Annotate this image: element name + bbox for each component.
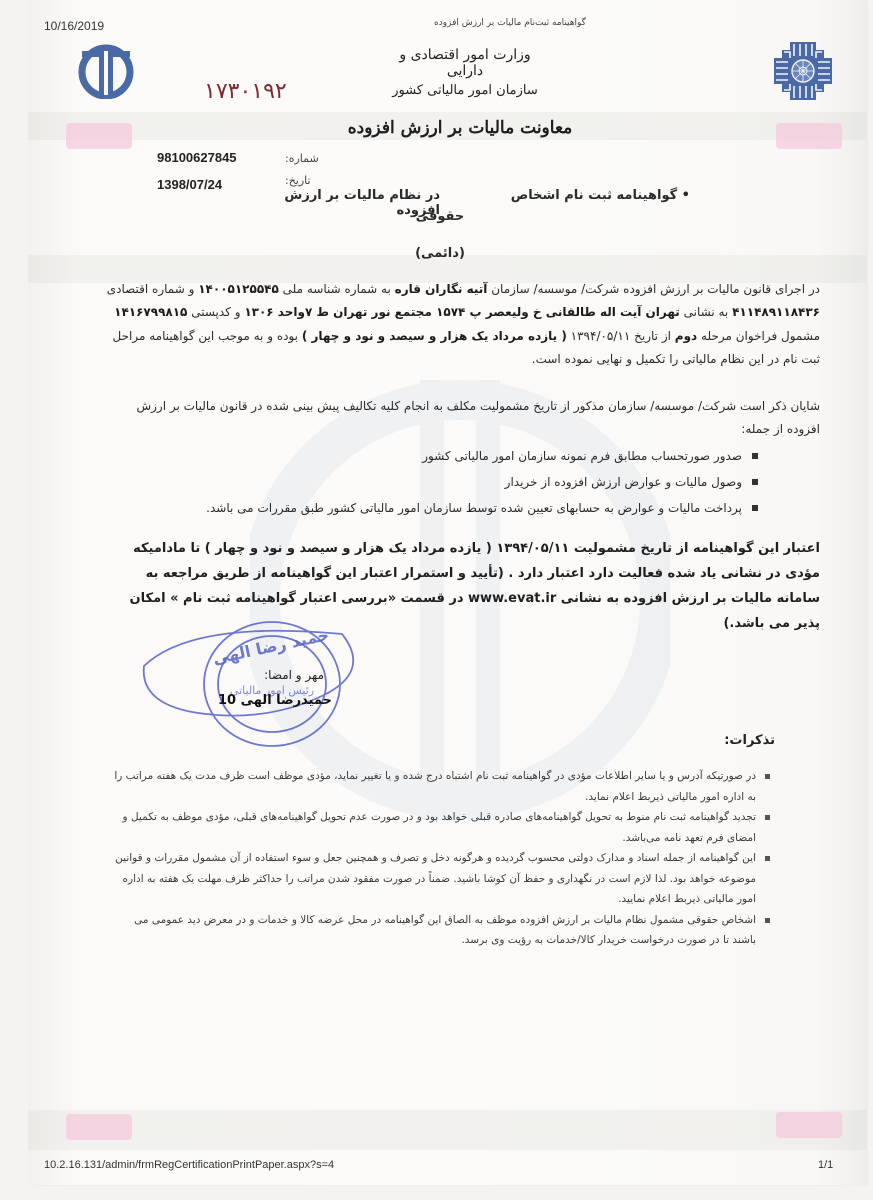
economic-code: ۴۱۱۴۸۹۱۱۸۴۳۶ xyxy=(732,305,820,319)
list-item: صدور صورتحساب مطابق فرم نمونه سازمان امو… xyxy=(140,443,760,469)
from-date-label: از تاریخ xyxy=(634,329,671,343)
notes-list: در صورتیکه آدرس و یا سایر اطلاعات مؤدی د… xyxy=(112,766,772,951)
list-item: وصول مالیات و عوارض ارزش افزوده از خریدا… xyxy=(140,469,760,495)
economic-code-label: و شماره اقتصادی xyxy=(107,282,195,296)
scan-band xyxy=(28,1110,866,1150)
serial-number: ۱۷۳۰۱۹۲ xyxy=(204,79,287,104)
list-item: این گواهینامه از جمله اسناد و مدارک دولت… xyxy=(112,848,772,910)
official-stamp-icon: حمید رضا الهی رئیس امور مالیاتی xyxy=(132,612,362,752)
intro-text: در اجرای قانون مالیات بر ارزش افزوده شرک… xyxy=(491,282,820,296)
ministry-emblem-icon xyxy=(772,40,834,102)
national-id: ۱۴۰۰۵۱۲۵۵۴۵ xyxy=(198,282,279,296)
pink-security-tag xyxy=(776,1112,842,1138)
permanence: (دائمی) xyxy=(380,246,500,261)
notes-title: تذکرات: xyxy=(680,733,775,748)
deputy-title: معاونت مالیات بر ارزش افزوده xyxy=(335,118,585,138)
address: تهران آیت اله طالقانی خ ولیعصر پ ۱۵۷۴ مج… xyxy=(244,305,679,319)
national-id-label: به شماره شناسه ملی xyxy=(283,282,391,296)
phase: دوم xyxy=(675,329,697,343)
pink-security-tag xyxy=(66,1114,132,1140)
address-label: به نشانی xyxy=(684,305,729,319)
ministry-name: وزارت امور اقتصادی و دارایی xyxy=(380,47,550,79)
number-label: شماره: xyxy=(285,152,319,165)
page-number: 1/1 xyxy=(818,1159,833,1171)
signatory-name: حمیدرضا الهی 10 xyxy=(214,693,332,708)
postal-code-label: و کدپستی xyxy=(191,305,240,319)
tax-org-emblem-icon xyxy=(78,43,134,99)
print-url: 10.2.16.131/admin/frmRegCertificationPri… xyxy=(44,1159,334,1171)
print-date: 10/16/2019 xyxy=(44,19,104,33)
obligations-intro: شایان ذکر است شرکت/ موسسه/ سازمان مذکور … xyxy=(100,395,820,442)
signature-label: مهر و امضا: xyxy=(224,668,324,682)
date-value: 1398/07/24 xyxy=(157,177,222,192)
phase-text: مشمول فراخوان مرحله xyxy=(701,329,820,343)
list-item: در صورتیکه آدرس و یا سایر اطلاعات مؤدی د… xyxy=(112,766,772,807)
certificate-title: • گواهینامه ثبت نام اشخاص xyxy=(470,188,690,203)
from-date: ۱۳۹۴/۰۵/۱۱ xyxy=(571,329,631,343)
date-label: تاریخ: xyxy=(285,174,311,187)
print-header-title: گواهینامه ثبت‌نام مالیات بر ارزش افزوده xyxy=(400,18,620,28)
organization-name: سازمان امور مالیاتی کشور xyxy=(380,83,550,98)
list-item: پرداخت مالیات و عوارض به حسابهای تعیین ش… xyxy=(140,495,760,521)
pink-security-tag xyxy=(66,123,132,149)
list-item: اشخاص حقوقی مشمول نظام مالیات بر ارزش اف… xyxy=(112,910,772,951)
list-item: تجدید گواهینامه ثبت نام منوط به تحویل گو… xyxy=(112,807,772,848)
entity-type: حقوقی xyxy=(380,209,500,224)
postal-code: ۱۴۱۶۷۹۹۸۱۵ xyxy=(114,305,187,319)
pink-security-tag xyxy=(776,123,842,149)
from-date-words: ( یازده مرداد یک هزار و سیصد و نود و چها… xyxy=(302,329,567,343)
obligations-list: صدور صورتحساب مطابق فرم نمونه سازمان امو… xyxy=(140,443,760,521)
company-name: آتیه نگاران قاره xyxy=(395,282,488,296)
registration-paragraph: در اجرای قانون مالیات بر ارزش افزوده شرک… xyxy=(100,278,820,371)
number-value: 98100627845 xyxy=(157,150,237,165)
